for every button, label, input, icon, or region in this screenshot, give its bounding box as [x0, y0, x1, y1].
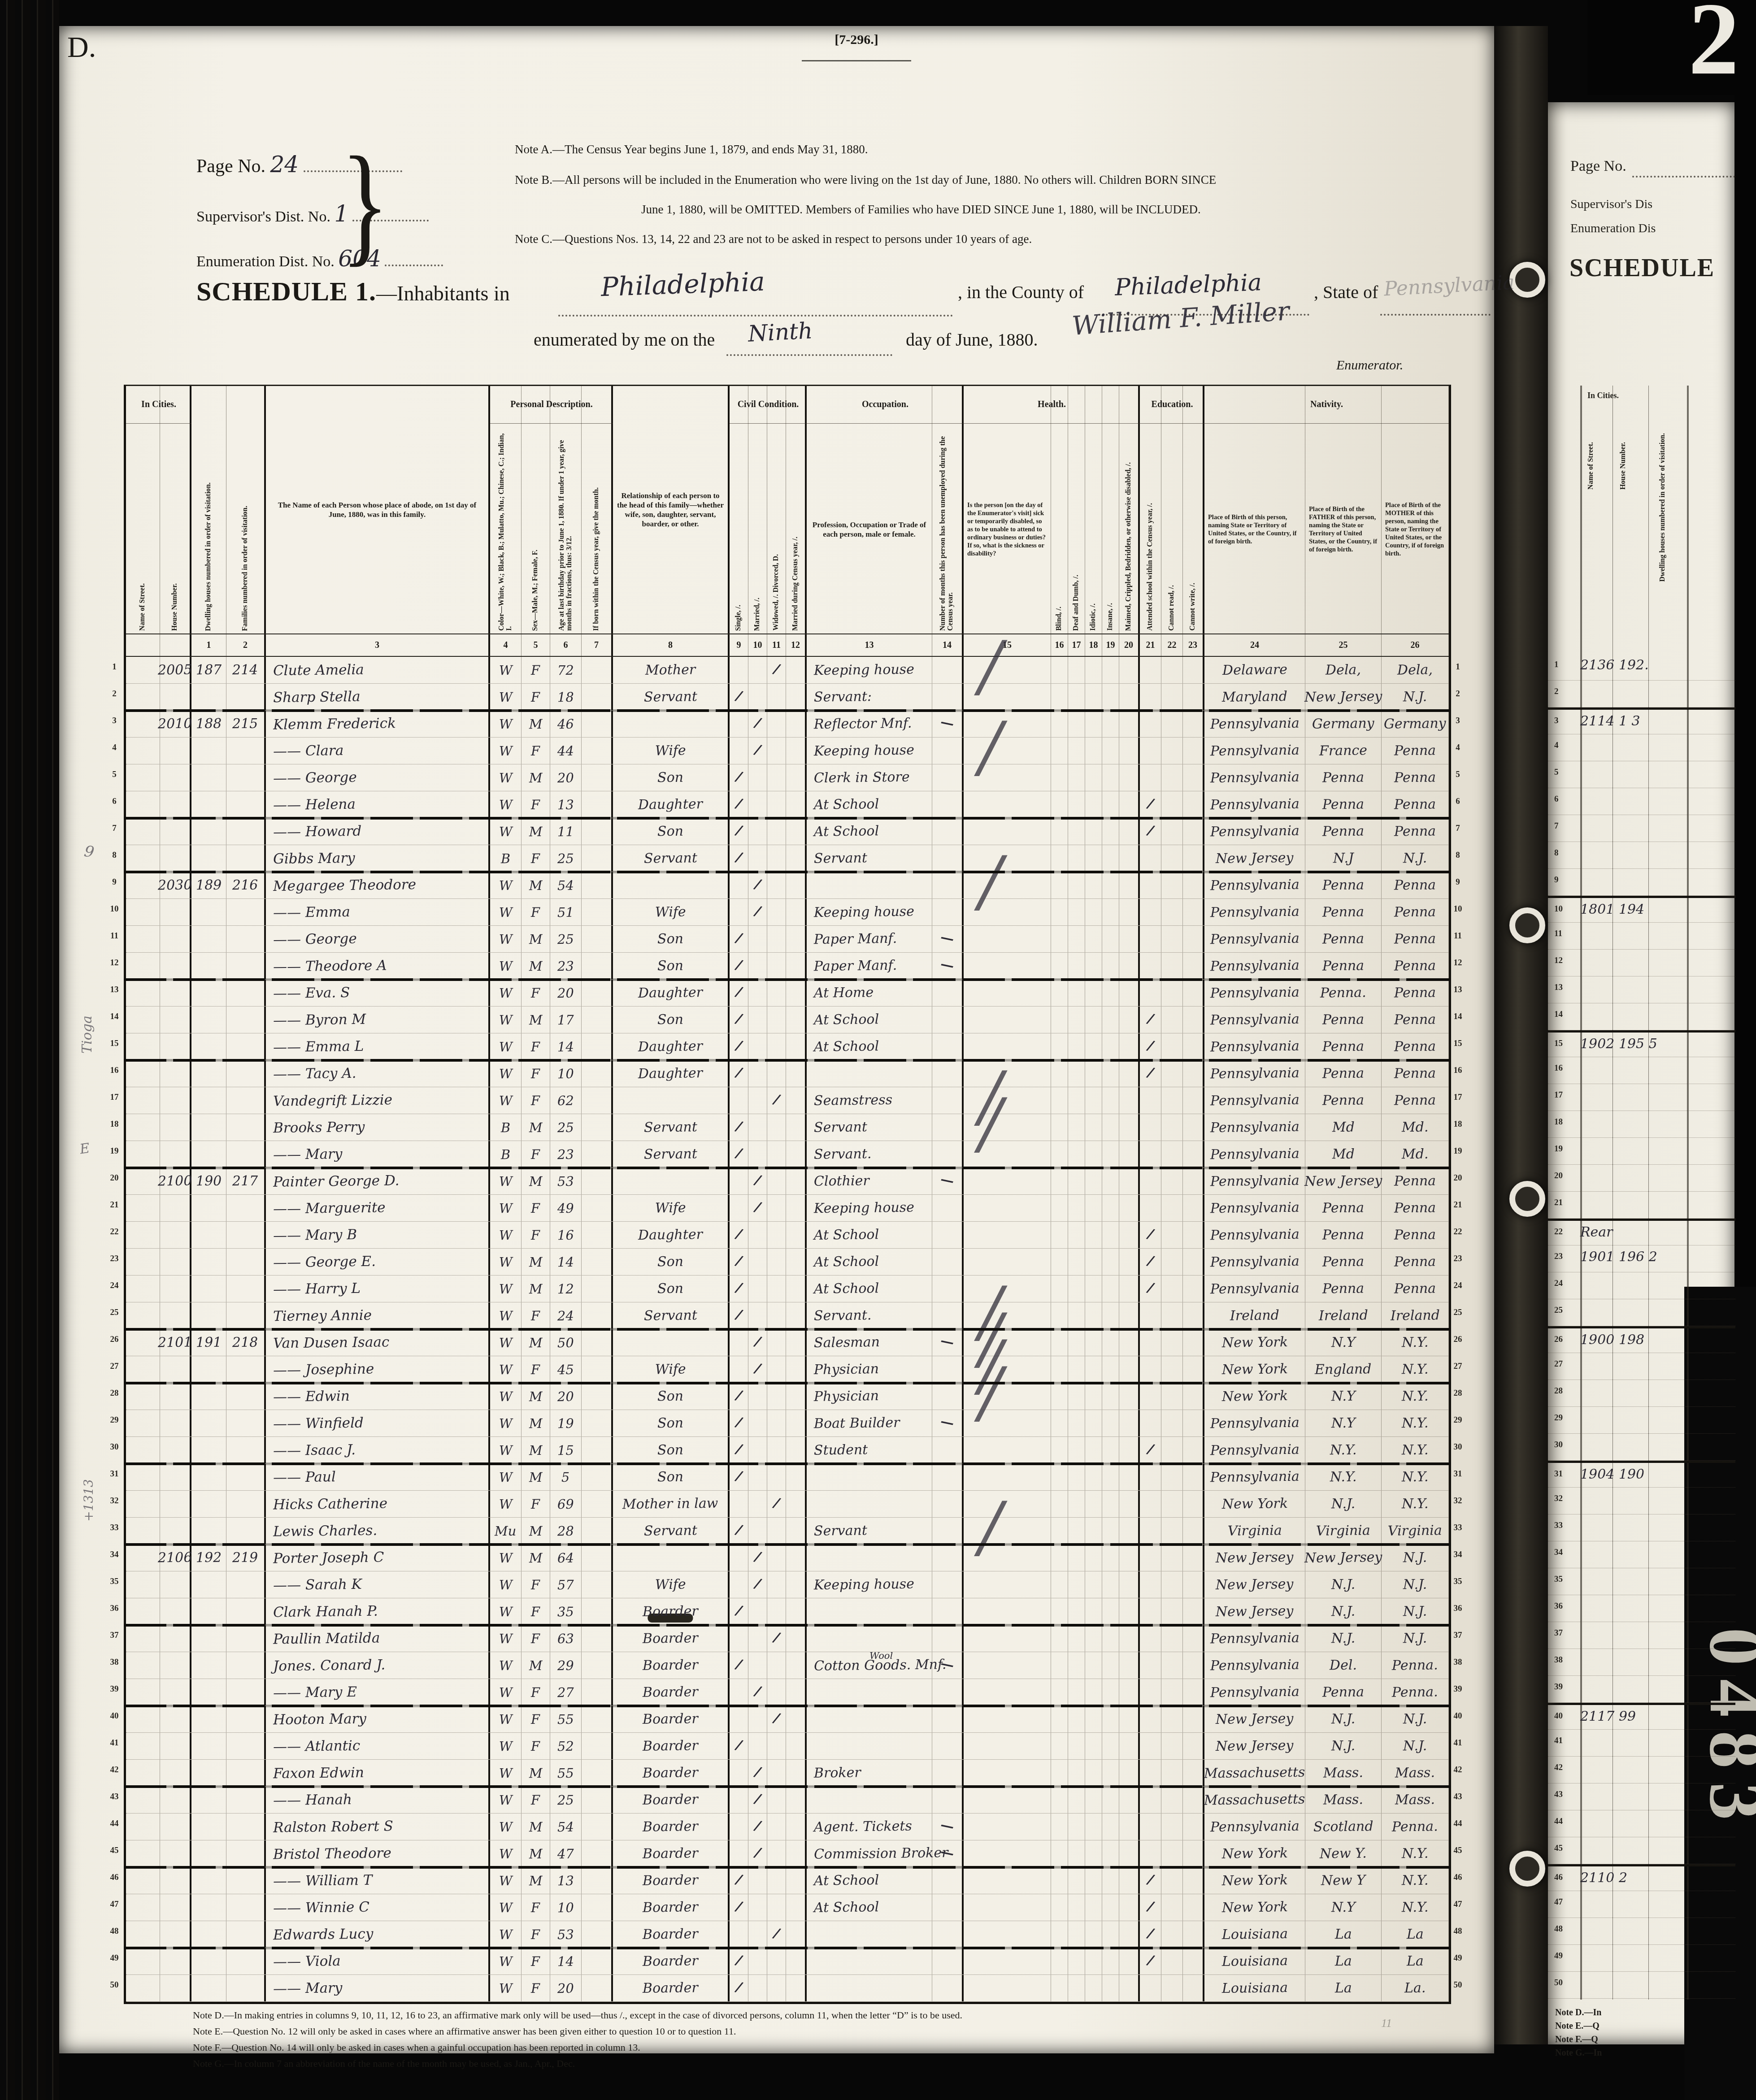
binder-rivet — [1509, 1851, 1545, 1887]
occupation-value: Keeping house — [814, 662, 914, 679]
age-value: 17 — [557, 1012, 574, 1027]
cell-birth: Pennsylvania — [1204, 1652, 1305, 1679]
row-number: 17 — [107, 1084, 122, 1111]
cell-color: W — [490, 1222, 522, 1248]
cell-age: 13 — [550, 1867, 582, 1894]
relationship-value: Boarder — [643, 1926, 698, 1943]
cell-mother: N.Y. — [1382, 1840, 1449, 1867]
row-number: 27 — [1450, 1353, 1465, 1380]
cell-age: 19 — [550, 1410, 582, 1436]
color-value: W — [499, 1335, 512, 1350]
cell-mother: Penna — [1382, 1249, 1449, 1275]
cell-read — [1161, 980, 1183, 1006]
mother-value: N.J. — [1403, 1550, 1427, 1566]
cell-idio — [1085, 1545, 1102, 1571]
cell-mother: N.J. — [1382, 1706, 1449, 1732]
sex-value: F — [531, 1146, 540, 1162]
cell-m: / — [748, 899, 767, 925]
cell-sex: M — [522, 1867, 550, 1894]
cell-house: 2010 — [160, 711, 191, 737]
cell-m: / — [748, 1356, 767, 1383]
father-value: Penna — [1322, 1280, 1365, 1297]
cell-color: W — [490, 1598, 522, 1625]
name-value: Hicks Catherine — [273, 1495, 387, 1513]
cell-m — [748, 1464, 767, 1490]
cell-dwell — [191, 845, 226, 872]
cell-house — [160, 1491, 191, 1517]
cell-father: Penna. — [1305, 980, 1382, 1006]
cell-mother: N.Y. — [1382, 1491, 1449, 1517]
cell-month — [582, 1007, 613, 1033]
cell-unemp — [932, 818, 964, 845]
cell-father: Penna — [1305, 1276, 1382, 1302]
note-a: Note A.—The Census Year begins June 1, 1… — [515, 143, 868, 156]
cell-school — [1140, 1114, 1161, 1141]
row-number: 37 — [1450, 1622, 1465, 1649]
book-spine — [1494, 26, 1548, 2044]
cell-house — [160, 1195, 191, 1221]
age-value: 10 — [557, 1900, 574, 1915]
row-number: 48 — [107, 1918, 122, 1945]
cell-color: W — [490, 1894, 522, 1921]
name-value: —— Isaac J. — [273, 1441, 356, 1458]
cell-month — [582, 1894, 613, 1921]
cell-s: / — [730, 1975, 748, 2001]
cell-fam — [226, 1276, 266, 1302]
cell-mother: N.Y. — [1382, 1867, 1449, 1894]
cell-read — [1161, 1948, 1183, 1974]
cell-write — [1183, 1033, 1204, 1060]
cell-read — [1161, 1706, 1183, 1732]
cell-blind — [1051, 1195, 1068, 1221]
p2-entry: 2136 192. — [1580, 657, 1649, 673]
cell-unemp — [932, 980, 964, 1006]
p2-row: 101801 194 — [1548, 896, 1735, 923]
name-value: Porter Joseph C — [273, 1549, 384, 1566]
relationship-value: Son — [657, 1281, 683, 1297]
cell-m: / — [748, 1787, 767, 1813]
row-number: 49 — [1450, 1945, 1465, 1972]
cell-birth: Pennsylvania — [1204, 1007, 1305, 1033]
cell-md — [786, 738, 807, 764]
cell-occ — [807, 1787, 932, 1813]
cell-idio — [1085, 1302, 1102, 1329]
cell-sick — [964, 1867, 1051, 1894]
cell-color: W — [490, 1787, 522, 1813]
cell-month — [582, 1464, 613, 1490]
table-row: Clark Hanah P.WF35BoarderDaughter/New Je… — [126, 1598, 1449, 1625]
school-value: / — [1147, 1037, 1155, 1054]
cell-school: / — [1140, 1033, 1161, 1060]
cell-dwell — [191, 1410, 226, 1436]
father-value: N.Y — [1331, 1900, 1355, 1916]
occupation-value: Servant — [814, 1119, 867, 1135]
occupation-value: Clerk in Store — [814, 769, 910, 786]
cell-deaf — [1068, 1437, 1085, 1463]
cell-mother: Germany — [1382, 711, 1449, 737]
cell-birth: Maryland — [1204, 684, 1305, 710]
table-row: —— William TWM13Boarder/At School/New Yo… — [126, 1867, 1449, 1894]
cell-fam — [226, 1921, 266, 1948]
cell-idio — [1085, 1033, 1102, 1060]
cell-read — [1161, 872, 1183, 898]
cell-name: —— George — [266, 764, 490, 791]
cell-s — [730, 1625, 748, 1652]
cell-house — [160, 1733, 191, 1759]
col-number-color: 4 — [490, 634, 522, 656]
row-number: 41 — [1450, 1730, 1465, 1757]
cell-read — [1161, 1787, 1183, 1813]
cell-color: W — [490, 1033, 522, 1060]
table-row: Hooton MaryWF55Boarder/New JerseyN.J.N.J… — [126, 1706, 1449, 1733]
row-number: 8 — [107, 842, 122, 869]
binder-rivet — [1509, 1181, 1545, 1217]
cell-mother: N.J. — [1382, 1598, 1449, 1625]
school-value: / — [1147, 1226, 1155, 1242]
cell-sick — [964, 1760, 1051, 1786]
cell-age: 23 — [550, 1141, 582, 1167]
p2-row: 42 — [1548, 1757, 1735, 1783]
cell-unemp: — — [932, 1410, 964, 1436]
cell-blind — [1051, 1383, 1068, 1410]
relationship-value: Boarder — [643, 1684, 698, 1701]
cell-sex: F — [522, 1921, 550, 1948]
s-value: / — [735, 1441, 743, 1458]
table-row: —— Harry LWM12Son/At School/Pennsylvania… — [126, 1276, 1449, 1302]
cell-md — [786, 1814, 807, 1840]
cell-street — [126, 1437, 160, 1463]
table-row: —— HowardWM11Son/At School/PennsylvaniaP… — [126, 818, 1449, 845]
father-value: Penna — [1322, 1092, 1365, 1108]
occupation-value: At School — [814, 1872, 879, 1889]
cell-deaf — [1068, 1518, 1085, 1544]
cell-rel: Son — [613, 818, 730, 845]
cell-father: Penna — [1305, 1060, 1382, 1087]
cell-mother: La. — [1382, 1975, 1449, 2001]
cell-unemp — [932, 1921, 964, 1948]
cell-write — [1183, 1760, 1204, 1786]
p2-row-number: 43 — [1554, 1790, 1563, 1800]
mother-value: La. — [1404, 1980, 1426, 1996]
cell-unemp — [932, 1975, 964, 2001]
w-value: / — [773, 1710, 781, 1727]
cell-unemp — [932, 872, 964, 898]
birth-value: New York — [1221, 1361, 1287, 1378]
birth-value: New Jersey — [1216, 1549, 1294, 1566]
cell-m — [748, 1410, 767, 1436]
w-value: / — [773, 661, 781, 677]
cell-birth: Pennsylvania — [1204, 953, 1305, 979]
cell-occ: Servant. — [807, 1141, 932, 1167]
cell-w — [767, 1598, 786, 1625]
enumerated-label: enumerated by me on the — [534, 329, 715, 350]
cell-age: 20 — [550, 764, 582, 791]
cell-unemp — [932, 1302, 964, 1329]
binder-rivet — [1509, 907, 1545, 943]
cell-dwell — [191, 1114, 226, 1141]
cell-m — [748, 1276, 767, 1302]
occupation-value: Keeping house — [814, 1200, 914, 1217]
cell-age: 44 — [550, 738, 582, 764]
color-value: W — [499, 1980, 512, 1996]
birth-value: Pennsylvania — [1210, 1254, 1299, 1270]
cell-street — [126, 1625, 160, 1652]
unemp-value: — — [939, 1171, 956, 1189]
cell-s: / — [730, 791, 748, 818]
cell-house — [160, 926, 191, 952]
cell-color: W — [490, 1087, 522, 1114]
cell-occ: Reflector Mnf. — [807, 711, 932, 737]
p2-row: 7 — [1548, 815, 1735, 842]
cell-street — [126, 738, 160, 764]
name-value: Brooks Perry — [273, 1119, 365, 1136]
cell-md — [786, 1571, 807, 1598]
p2-row-number: 31 — [1554, 1469, 1563, 1479]
cell-w — [767, 1571, 786, 1598]
cell-read — [1161, 1249, 1183, 1275]
sex-value: F — [531, 985, 540, 1000]
cell-maim — [1119, 1087, 1140, 1114]
cell-birth: New Jersey — [1204, 1598, 1305, 1625]
cell-occ: Broker — [807, 1760, 932, 1786]
cell-s: / — [730, 1437, 748, 1463]
cell-read — [1161, 1598, 1183, 1625]
birth-value: Pennsylvania — [1210, 1119, 1299, 1136]
cell-father: England — [1305, 1356, 1382, 1383]
sex-value: M — [529, 1173, 542, 1189]
cell-father: New Y. — [1305, 1840, 1382, 1867]
s-value: / — [735, 1011, 743, 1027]
p2-row-number: 2 — [1554, 687, 1559, 697]
margin-annotation: Tioga — [79, 1015, 95, 1054]
cell-read — [1161, 1141, 1183, 1167]
cell-house — [160, 1249, 191, 1275]
row-number: 10 — [107, 896, 122, 923]
color-value: W — [499, 1012, 512, 1027]
cell-dwell — [191, 1894, 226, 1921]
cell-house — [160, 1652, 191, 1679]
cell-read — [1161, 953, 1183, 979]
s-value: / — [735, 1280, 743, 1296]
supervisor-row: Supervisor's Dist. No. 1 — [196, 201, 429, 227]
cell-blind — [1051, 818, 1068, 845]
cell-w — [767, 1760, 786, 1786]
cell-mother: N.Y. — [1382, 1464, 1449, 1490]
cell-occ: Servant — [807, 1518, 932, 1544]
cell-name: —— William T — [266, 1867, 490, 1894]
p2-row: 8 — [1548, 842, 1735, 869]
cell-age: 55 — [550, 1760, 582, 1786]
cell-deaf — [1068, 980, 1085, 1006]
cell-mother: N.Y. — [1382, 1383, 1449, 1410]
cell-age: 15 — [550, 1437, 582, 1463]
p2-note: Note E.—Q — [1555, 2021, 1600, 2031]
header-brace: } — [341, 126, 389, 281]
p2-row: 45 — [1548, 1837, 1735, 1864]
cell-w — [767, 1141, 786, 1167]
cell-ins — [1102, 1222, 1119, 1248]
cell-school — [1140, 899, 1161, 925]
cell-street — [126, 1114, 160, 1141]
cell-occ: Salesman — [807, 1329, 932, 1356]
table-row: —— MargueriteWF49Wife/Keeping housePenns… — [126, 1195, 1449, 1222]
cell-w — [767, 899, 786, 925]
table-row: Brooks PerryBM25Servant/Servant/Pennsylv… — [126, 1114, 1449, 1141]
cell-s — [730, 1760, 748, 1786]
note-c: Note C.—Questions Nos. 13, 14, 22 and 23… — [515, 232, 1032, 246]
cell-ins — [1102, 926, 1119, 952]
p2-row-number: 1 — [1554, 660, 1559, 670]
row-number: 11 — [107, 923, 122, 950]
age-value: 14 — [557, 1254, 574, 1269]
cell-street — [126, 1760, 160, 1786]
cell-maim — [1119, 1545, 1140, 1571]
cell-read — [1161, 1491, 1183, 1517]
cell-school — [1140, 872, 1161, 898]
cell-father: La — [1305, 1948, 1382, 1974]
relationship-value: Wife — [655, 1362, 686, 1378]
cell-maim — [1119, 1760, 1140, 1786]
cell-birth: Pennsylvania — [1204, 980, 1305, 1006]
cell-street — [126, 1007, 160, 1033]
cell-s: / — [730, 1114, 748, 1141]
cell-ins — [1102, 1060, 1119, 1087]
row-number: 31 — [1450, 1461, 1465, 1488]
occupation-value: At School — [814, 1254, 879, 1270]
cell-school — [1140, 980, 1161, 1006]
cell-sex: M — [522, 1545, 550, 1571]
cell-month — [582, 1706, 613, 1732]
col-number-md: 12 — [786, 634, 807, 656]
cell-mother: Md. — [1382, 1141, 1449, 1167]
cell-blind — [1051, 1410, 1068, 1436]
father-value: Penna — [1322, 877, 1365, 893]
cell-rel: Servant — [613, 1302, 730, 1329]
cell-sick — [964, 1249, 1051, 1275]
cell-sick — [964, 1007, 1051, 1033]
cell-street — [126, 1975, 160, 2001]
cell-month — [582, 1060, 613, 1087]
cell-w — [767, 684, 786, 710]
cell-sex: F — [522, 1948, 550, 1974]
cell-sick: / — [964, 1329, 1051, 1356]
table-row: —— JosephineWF45Wife/Physician/New YorkE… — [126, 1356, 1449, 1383]
occupation-value: At School — [814, 1038, 879, 1055]
cell-write — [1183, 1545, 1204, 1571]
row-number: 38 — [1450, 1649, 1465, 1676]
mother-value: N.Y. — [1402, 1873, 1429, 1889]
col-label-ins: Insane, /. — [1107, 600, 1114, 633]
row-number: 7 — [1450, 815, 1465, 842]
cell-ins — [1102, 1302, 1119, 1329]
cell-school — [1140, 1168, 1161, 1194]
cell-sex: F — [522, 1598, 550, 1625]
row-number: 6 — [1450, 788, 1465, 815]
cell-mother: Penna — [1382, 926, 1449, 952]
page-no-value: 24 — [270, 152, 299, 178]
cell-birth: Virginia — [1204, 1518, 1305, 1544]
p2-row: 32 — [1548, 1488, 1735, 1514]
cell-write — [1183, 1867, 1204, 1894]
cell-house — [160, 738, 191, 764]
father-value: N.J. — [1331, 1738, 1356, 1754]
cell-father: N.J. — [1305, 1491, 1382, 1517]
cell-idio — [1085, 1141, 1102, 1167]
p2-row: 47 — [1548, 1891, 1735, 1918]
cell-w — [767, 1302, 786, 1329]
cell-sick — [964, 818, 1051, 845]
cell-sex: M — [522, 1114, 550, 1141]
cell-w: / — [767, 1625, 786, 1652]
cell-birth: New York — [1204, 1894, 1305, 1921]
cell-md — [786, 1302, 807, 1329]
cell-age: 20 — [550, 980, 582, 1006]
cell-name: —— Emma L — [266, 1033, 490, 1060]
cell-birth: Pennsylvania — [1204, 1033, 1305, 1060]
p2-row-number: 23 — [1554, 1252, 1563, 1262]
cell-deaf — [1068, 1679, 1085, 1705]
cell-ins — [1102, 1733, 1119, 1759]
cell-m: / — [748, 1840, 767, 1867]
cell-name: Clute Amelia — [266, 657, 490, 683]
sex-value: M — [529, 1442, 542, 1458]
cell-name: Faxon Edwin — [266, 1760, 490, 1786]
cell-name: —— Isaac J. — [266, 1437, 490, 1463]
cell-birth: Pennsylvania — [1204, 1114, 1305, 1141]
s-value: / — [735, 1253, 743, 1269]
color-value: W — [499, 1846, 512, 1861]
form-code-underline — [802, 60, 911, 61]
cell-occ: Keeping house — [807, 657, 932, 683]
county-value: Philadelphia — [1114, 269, 1262, 301]
row-number: 50 — [107, 1972, 122, 1999]
schedule-title-line: SCHEDULE 1.—Inhabitants in — [196, 276, 510, 307]
relationship-value: Son — [657, 770, 683, 786]
cell-street — [126, 1545, 160, 1571]
p2-entry: 1902 195 5 — [1580, 1036, 1657, 1052]
col-label-dwell: Dwelling houses numbered in order of vis… — [205, 480, 213, 633]
cell-house — [160, 953, 191, 979]
cell-ins — [1102, 1975, 1119, 2001]
cell-color: W — [490, 1840, 522, 1867]
cell-read — [1161, 1679, 1183, 1705]
p2-row: 44 — [1548, 1810, 1735, 1837]
cell-father: N.Y — [1305, 1410, 1382, 1436]
cell-month — [582, 764, 613, 791]
cell-name: —— Winnie C — [266, 1894, 490, 1921]
cell-fam — [226, 1975, 266, 2001]
cell-sick — [964, 684, 1051, 710]
birth-value: Delaware — [1222, 662, 1287, 678]
name-value: —— Emma — [273, 903, 350, 920]
row-number: 15 — [107, 1030, 122, 1057]
cell-blind — [1051, 1840, 1068, 1867]
cell-mother: N.J. — [1382, 1625, 1449, 1652]
cell-blind — [1051, 1787, 1068, 1813]
age-value: 50 — [557, 1335, 574, 1350]
cell-s: / — [730, 953, 748, 979]
cell-house — [160, 1867, 191, 1894]
cell-month — [582, 1760, 613, 1786]
cell-sick: / — [964, 1518, 1051, 1544]
cell-mother: Penna — [1382, 818, 1449, 845]
cell-birth: Pennsylvania — [1204, 1168, 1305, 1194]
cell-w: / — [767, 1491, 786, 1517]
p2-row-number: 11 — [1554, 929, 1562, 939]
cell-school: / — [1140, 1249, 1161, 1275]
row-number: 9 — [1450, 869, 1465, 896]
col-number-ins: 19 — [1102, 634, 1119, 656]
